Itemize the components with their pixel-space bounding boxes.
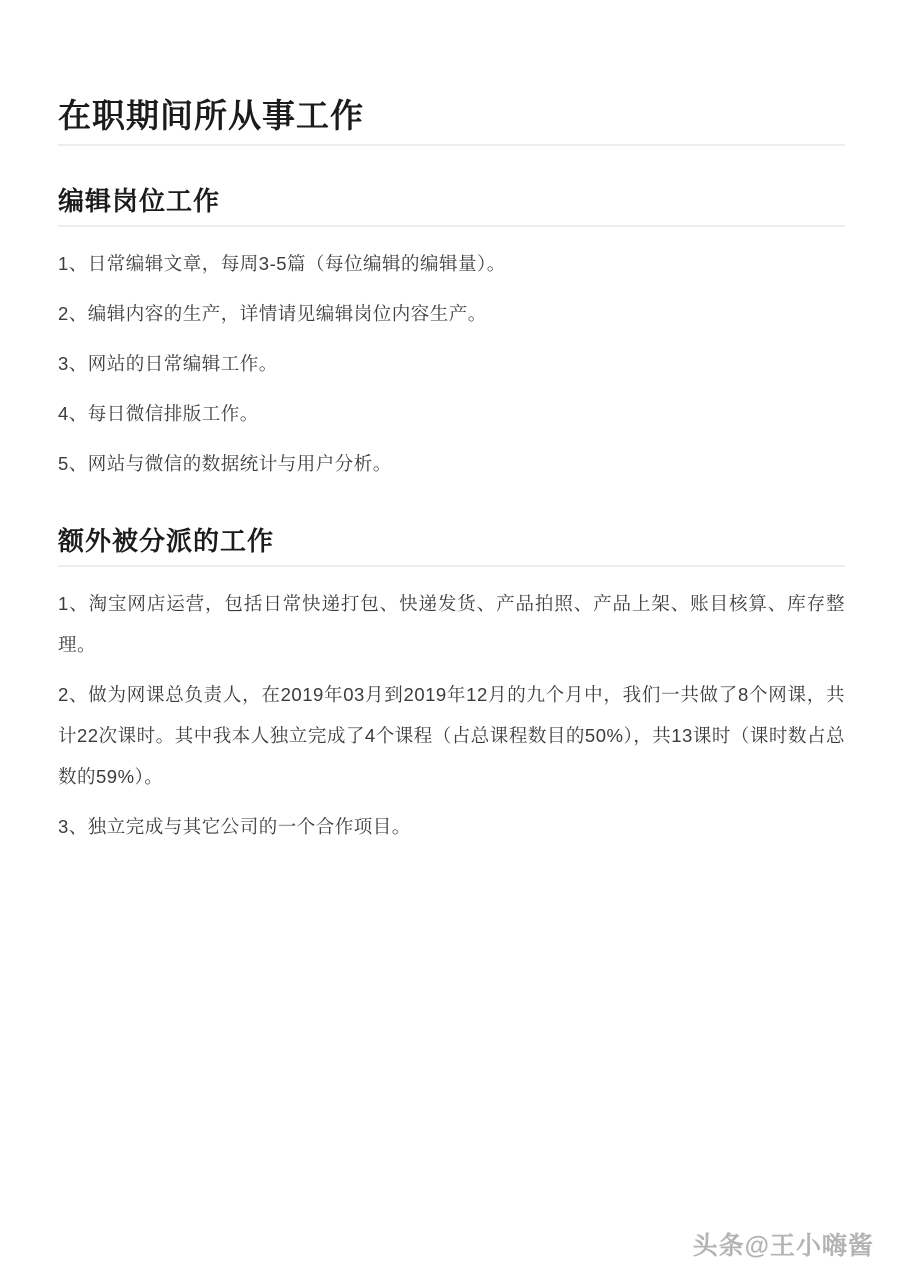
list-item: 1、淘宝网店运营，包括日常快递打包、快递发货、产品拍照、产品上架、账目核算、库存…	[58, 583, 845, 665]
document-content: 在职期间所从事工作 编辑岗位工作 1、日常编辑文章，每周3-5篇（每位编辑的编辑…	[0, 0, 904, 847]
list-item: 2、做为网课总负责人，在2019年03月到2019年12月的九个月中，我们一共做…	[58, 674, 845, 797]
list-item: 1、日常编辑文章，每周3-5篇（每位编辑的编辑量）。	[58, 243, 845, 284]
watermark: 头条@王小嗨酱	[693, 1226, 874, 1262]
section-heading-extra-work: 额外被分派的工作	[58, 526, 845, 557]
section-divider-2	[58, 565, 845, 567]
section-heading-editing-job: 编辑岗位工作	[58, 186, 845, 217]
document-page: 在职期间所从事工作 编辑岗位工作 1、日常编辑文章，每周3-5篇（每位编辑的编辑…	[0, 0, 904, 1280]
page-title: 在职期间所从事工作	[58, 96, 845, 136]
list-item: 5、网站与微信的数据统计与用户分析。	[58, 443, 845, 484]
section-2-items: 1、淘宝网店运营，包括日常快递打包、快递发货、产品拍照、产品上架、账目核算、库存…	[58, 583, 845, 847]
list-item: 3、独立完成与其它公司的一个合作项目。	[58, 806, 845, 847]
list-item: 4、每日微信排版工作。	[58, 393, 845, 434]
title-divider	[58, 144, 845, 146]
section-divider-1	[58, 225, 845, 227]
section-1-items: 1、日常编辑文章，每周3-5篇（每位编辑的编辑量）。 2、编辑内容的生产，详情请…	[58, 243, 845, 484]
list-item: 3、网站的日常编辑工作。	[58, 343, 845, 384]
list-item: 2、编辑内容的生产，详情请见编辑岗位内容生产。	[58, 293, 845, 334]
